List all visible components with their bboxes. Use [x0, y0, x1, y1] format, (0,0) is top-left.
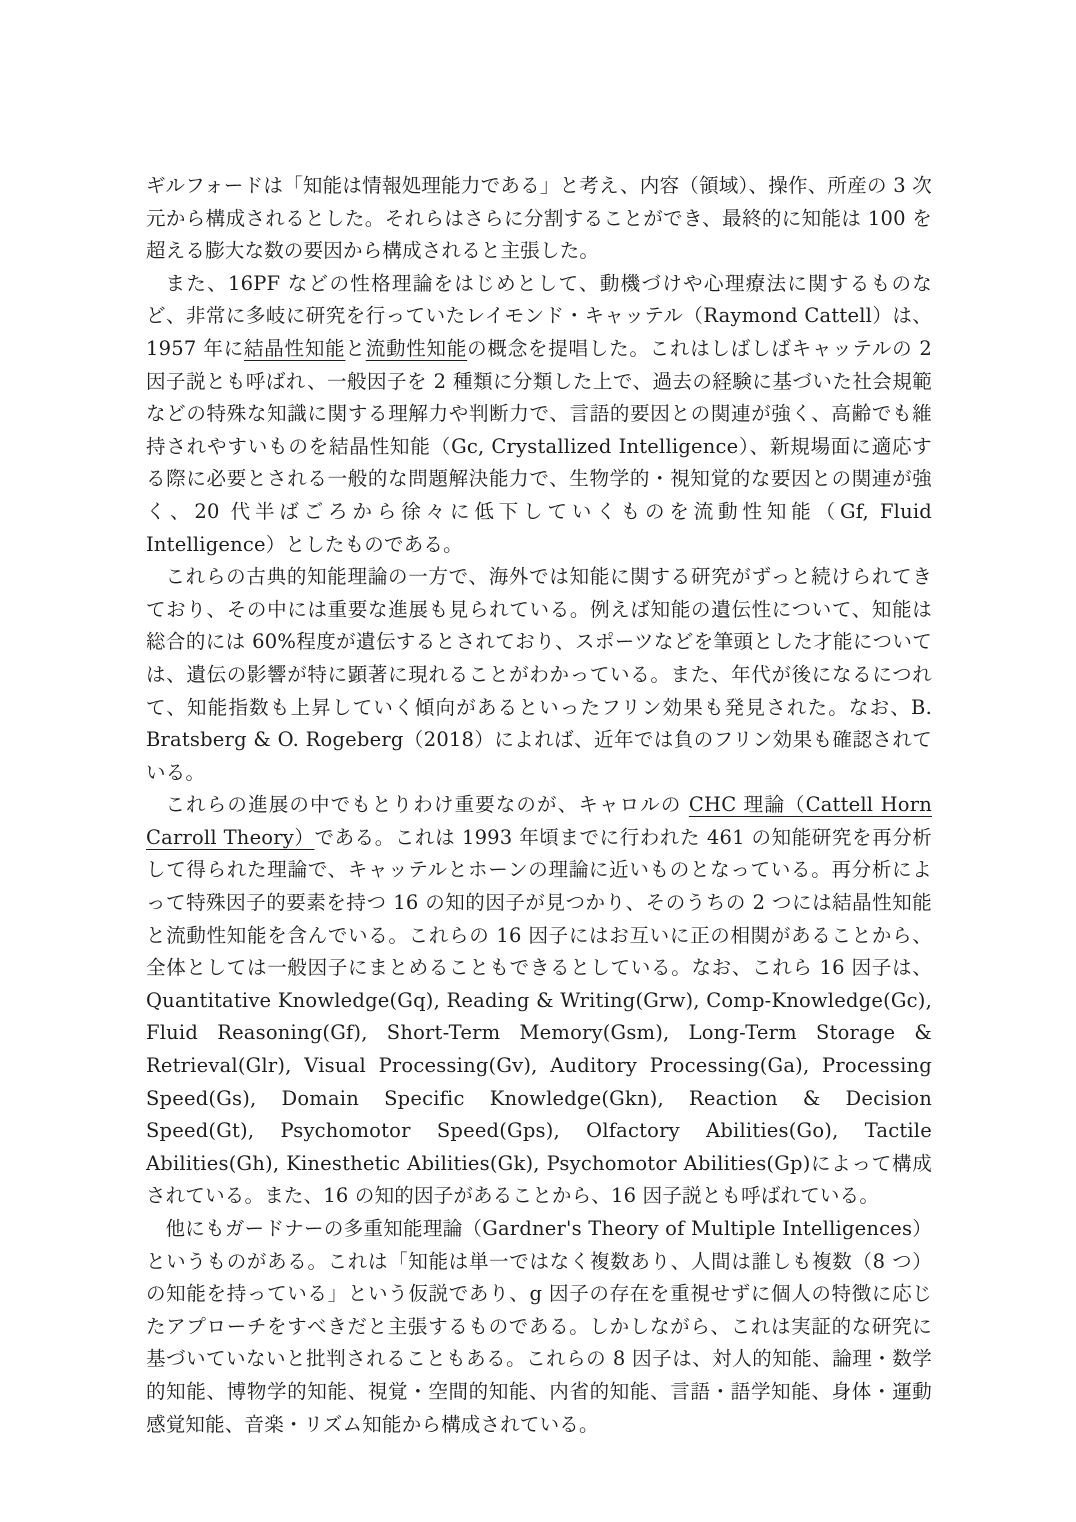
text-run: の概念を提唱した。これはしばしばキャッテルの 2 因子説とも呼ばれ、一般因子を … [146, 337, 932, 556]
underlined-term: 結晶性知能 [244, 337, 345, 360]
text-run: ギルフォードは「知能は情報処理能力である」と考え、内容（領域）、操作、所産の 3… [146, 174, 932, 262]
text-run: これらの古典的知能理論の一方で、海外では知能に関する研究がずっと続けられてきてお… [146, 565, 932, 784]
paragraph-research-progress: これらの古典的知能理論の一方で、海外では知能に関する研究がずっと続けられてきてお… [146, 561, 932, 789]
text-run: である。これは 1993 年頃までに行われた 461 の知能研究を再分析して得ら… [146, 826, 932, 1208]
text-run: これらの進展の中でもとりわけ重要なのが、キャロルの [166, 793, 689, 816]
document-screenshot: { "page": { "background": "#ffffff", "te… [0, 0, 1076, 1522]
text-run: と [345, 337, 365, 360]
document-body: ギルフォードは「知能は情報処理能力である」と考え、内容（領域）、操作、所産の 3… [146, 170, 932, 1441]
paragraph-cattell-theory: また、16PF などの性格理論をはじめとして、動機づけや心理療法に関するものなど… [146, 268, 932, 561]
paragraph-guilford: ギルフォードは「知能は情報処理能力である」と考え、内容（領域）、操作、所産の 3… [146, 170, 932, 268]
document-page: ギルフォードは「知能は情報処理能力である」と考え、内容（領域）、操作、所産の 3… [0, 0, 1076, 1522]
paragraph-gardner-theory: 他にもガードナーの多重知能理論（Gardner's Theory of Mult… [146, 1213, 932, 1441]
text-run: 他にもガードナーの多重知能理論（Gardner's Theory of Mult… [146, 1217, 932, 1436]
underlined-term: 流動性知能 [366, 337, 467, 360]
paragraph-chc-theory: これらの進展の中でもとりわけ重要なのが、キャロルの CHC 理論（Cattell… [146, 789, 932, 1213]
